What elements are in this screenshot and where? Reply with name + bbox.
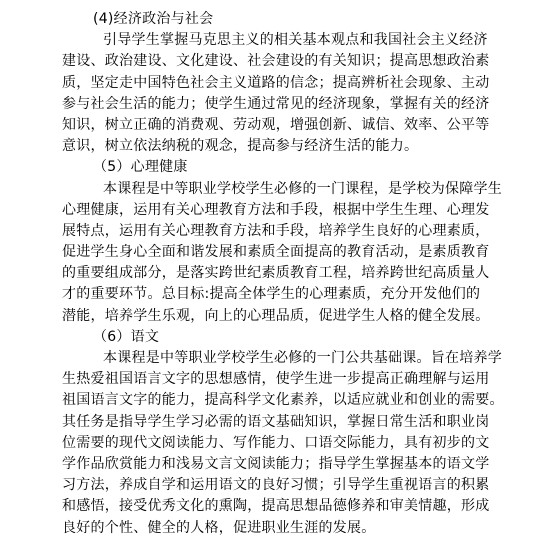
section-heading: （6）语文 [62, 327, 494, 348]
text-line: 学作品欣赏能力和浅易文言文阅读能力；指导学生掌握基本的语文学 [62, 454, 494, 475]
text-line: 才的重要环节。总目标:提高全体学生的心理素质，充分开发他们的 [62, 284, 494, 305]
document-page: (4)经济政治与社会引导学生掌握马克思主义的相关基本观点和我国社会主义经济建设、… [0, 0, 547, 547]
text-line: 展特点，运用有关心理教育方法和手段，培养学生良好的心理素质， [62, 221, 494, 242]
text-line: 生热爱祖国语言文字的思想感情，使学生进一步提高正确理解与运用 [62, 369, 494, 390]
section-heading: （5）心理健康 [62, 157, 494, 178]
text-line: 建设、政治建设、文化建设、社会建设的有关知识；提高思想政治素 [62, 51, 494, 72]
text-line: 良好的个性、健全的人格，促进职业生涯的发展。 [62, 518, 494, 539]
text-line: 知识，树立正确的消费观、劳动观，增强创新、诚信、效率、公平等 [62, 115, 494, 136]
text-line: 习方法，养成自学和运用语文的良好习惯；引导学生重视语言的积累 [62, 475, 494, 496]
document-text: (4)经济政治与社会引导学生掌握马克思主义的相关基本观点和我国社会主义经济建设、… [62, 9, 494, 539]
text-line: 心理健康，运用有关心理教育方法和手段，根据中学生生理、心理发 [62, 200, 494, 221]
text-line: 促进学生身心全面和谐发展和素质全面提高的教育活动，是素质教育 [62, 242, 494, 263]
text-line: 质，坚定走中国特色社会主义道路的信念；提高辨析社会现象、主动 [62, 73, 494, 94]
text-line: 意识，树立依法纳税的观念，提高参与经济生活的能力。 [62, 136, 494, 157]
text-line: 和感悟，接受优秀文化的熏陶，提高思想品德修养和审美情趣，形成 [62, 496, 494, 517]
text-line: 本课程是中等职业学校学生必修的一门公共基础课。旨在培养学 [62, 348, 494, 369]
section-heading: (4)经济政治与社会 [62, 9, 494, 30]
text-line: 参与社会生活的能力；使学生通过常见的经济现象，掌握有关的经济 [62, 94, 494, 115]
text-line: 引导学生掌握马克思主义的相关基本观点和我国社会主义经济 [62, 30, 494, 51]
text-line: 本课程是中等职业学校学生必修的一门课程，是学校为保障学生 [62, 179, 494, 200]
text-line: 的重要组成部分，是落实跨世纪素质教育工程，培养跨世纪高质量人 [62, 263, 494, 284]
text-line: 位需要的现代文阅读能力、写作能力、口语交际能力，具有初步的文 [62, 433, 494, 454]
text-line: 祖国语言文字的能力，提高科学文化素养，以适应就业和创业的需要。 [62, 390, 494, 411]
text-line: 潜能，培养学生乐观，向上的心理品质，促进学生人格的健全发展。 [62, 306, 494, 327]
text-line: 其任务是指导学生学习必需的语文基础知识，掌握日常生活和职业岗 [62, 412, 494, 433]
